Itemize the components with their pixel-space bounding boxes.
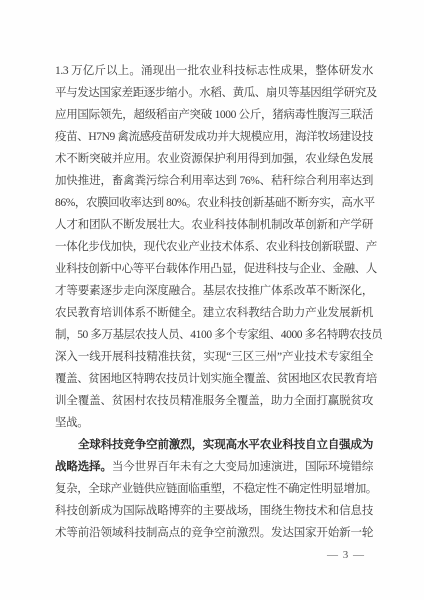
bold-text-segment: 全球科技竞争空前激烈，实现高水平农业科技自立自强成为 (78, 439, 373, 451)
text-line: 坚战。 (55, 412, 373, 434)
text-line: 术不断突破并应用。农业资源保护利用得到加强，农业绿色发展 (55, 148, 373, 170)
text-line: 平与发达国家差距逐步缩小。水稻、黄瓜、扇贝等基因组学研究及 (55, 82, 373, 104)
text-line: 人才和团队不断发展壮大。农业科技体制机制改革创新和产学研 (55, 214, 373, 236)
text-segment: 农民教育培训体系不断健全。建立农科教结合助力产业发展新机 (55, 307, 373, 319)
text-segment: 疫苗、H7N9 禽流感疫苗研发成功并大规模应用，海洋牧场建设技 (55, 131, 373, 143)
text-line: 战略选择。当今世界百年未有之大变局加速演进，国际环境错综 (55, 456, 373, 478)
text-segment: 覆盖、贫困地区特聘农技员计划实施全覆盖、贫困地区农民教育培 (55, 373, 377, 385)
text-line: 制，50 多万基层农技人员、4100 多个专家组、4000 多名特聘农技员 (55, 324, 373, 346)
text-segment: 制，50 多万基层农技人员、4100 多个专家组、4000 多名特聘农技员 (55, 329, 382, 341)
text-segment: 86%，农膜回收率达到 80%。农业科技创新基础不断夯实，高水平 (55, 197, 375, 209)
text-segment: 科技创新成为国际战略博弈的主要战场，围绕生物技术和信息技 (55, 505, 373, 517)
text-line: 全球科技竞争空前激烈，实现高水平农业科技自立自强成为 (55, 434, 373, 456)
text-line: 应用国际领先，超级稻亩产突破 1000 公斤，猪病毒性腹泻三联活 (55, 104, 373, 126)
document-page: 1.3 万亿斤以上。涌现出一批农业科技标志性成果，整体研发水平与发达国家差距逐步… (0, 0, 424, 600)
text-segment: 当今世界百年未有之大变局加速演进，国际环境错综 (112, 461, 373, 473)
text-line: 覆盖、贫困地区特聘农技员计划实施全覆盖、贫困地区农民教育培 (55, 368, 373, 390)
bold-text-segment: 战略选择。 (55, 461, 112, 473)
text-line: 复杂，全球产业链供应链面临重塑，不稳定性不确定性明显增加。 (55, 478, 373, 500)
text-line: 科技创新成为国际战略博弈的主要战场，围绕生物技术和信息技 (55, 500, 373, 522)
text-line: 农民教育培训体系不断健全。建立农科教结合助力产业发展新机 (55, 302, 373, 324)
text-line: 才等要素逐步走向深度融合。基层农技推广体系改革不断深化， (55, 280, 373, 302)
text-body: 1.3 万亿斤以上。涌现出一批农业科技标志性成果，整体研发水平与发达国家差距逐步… (55, 60, 373, 544)
text-line: 加快推进，畜禽粪污综合利用率达到 76%、秸秆综合利用率达到 (55, 170, 373, 192)
text-segment: 才等要素逐步走向深度融合。基层农技推广体系改革不断深化， (55, 285, 373, 297)
text-segment: 加快推进，畜禽粪污综合利用率达到 76%、秸秆综合利用率达到 (55, 175, 373, 187)
text-segment: 平与发达国家差距逐步缩小。水稻、黄瓜、扇贝等基因组学研究及 (55, 87, 377, 99)
text-segment: 术等前沿领域科技制高点的竞争空前激烈。发达国家开始新一轮 (55, 527, 373, 539)
text-segment: 术不断突破并应用。农业资源保护利用得到加强，农业绿色发展 (55, 153, 373, 165)
text-segment: 1.3 万亿斤以上。涌现出一批农业科技标志性成果，整体研发水 (55, 65, 373, 77)
page-number: — 3 — (55, 549, 373, 561)
text-line: 术等前沿领域科技制高点的竞争空前激烈。发达国家开始新一轮 (55, 522, 373, 544)
text-segment: 应用国际领先，超级稻亩产突破 1000 公斤，猪病毒性腹泻三联活 (55, 109, 373, 121)
text-segment: 复杂，全球产业链供应链面临重塑，不稳定性不确定性明显增加。 (55, 483, 377, 495)
text-line: 一体化步伐加快，现代农业产业技术体系、农业科技创新联盟、产 (55, 236, 373, 258)
text-line: 86%，农膜回收率达到 80%。农业科技创新基础不断夯实，高水平 (55, 192, 373, 214)
text-segment: 训全覆盖、贫困村农技员精准服务全覆盖，助力全面打赢脱贫攻 (55, 395, 373, 407)
text-segment: 坚战。 (55, 417, 88, 429)
text-segment: 一体化步伐加快，现代农业产业技术体系、农业科技创新联盟、产 (55, 241, 377, 253)
text-line: 训全覆盖、贫困村农技员精准服务全覆盖，助力全面打赢脱贫攻 (55, 390, 373, 412)
text-line: 业科技创新中心等平台载体作用凸显，促进科技与企业、金融、人 (55, 258, 373, 280)
text-segment: 业科技创新中心等平台载体作用凸显，促进科技与企业、金融、人 (55, 263, 377, 275)
text-segment: 人才和团队不断发展壮大。农业科技体制机制改革创新和产学研 (55, 219, 373, 231)
text-segment: 深入一线开展科技精准扶贫，实现“三区三州”产业技术专家组全 (55, 351, 373, 363)
text-line: 深入一线开展科技精准扶贫，实现“三区三州”产业技术专家组全 (55, 346, 373, 368)
text-line: 1.3 万亿斤以上。涌现出一批农业科技标志性成果，整体研发水 (55, 60, 373, 82)
text-line: 疫苗、H7N9 禽流感疫苗研发成功并大规模应用，海洋牧场建设技 (55, 126, 373, 148)
